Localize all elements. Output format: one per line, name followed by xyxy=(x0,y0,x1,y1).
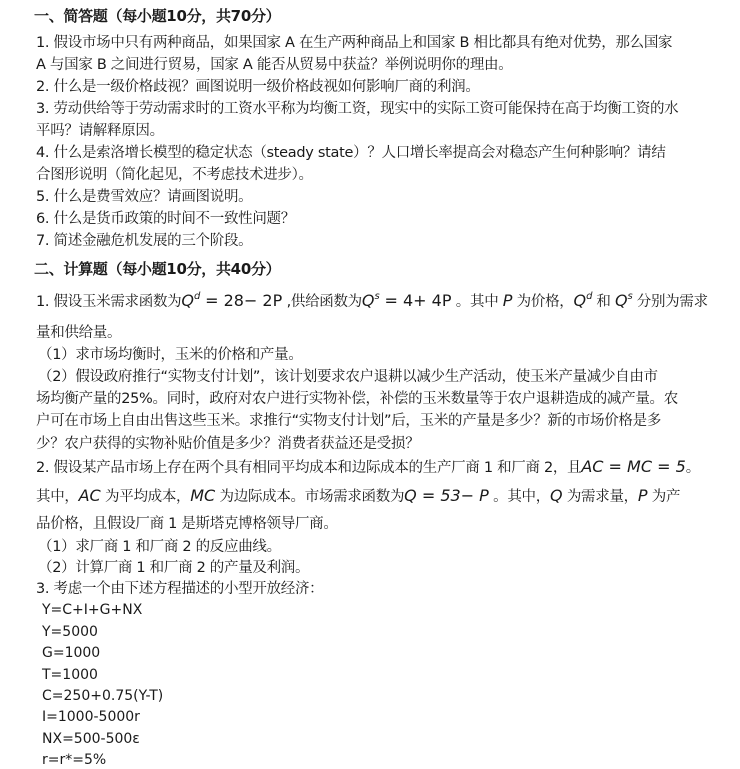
question-5: 5. 什么是费雪效应？请画图说明。 xyxy=(36,187,252,207)
question-4-line2: 合图形说明（简化起见，不考虑技术进步）。 xyxy=(36,165,313,185)
calc-question-1-line2: 量和供给量。 xyxy=(36,323,121,343)
calc-question-2-line3: 品价格，且假设厂商 1 是斯塔克博格领导厂商。 xyxy=(36,514,338,534)
equation-6: I=1000-5000r xyxy=(42,707,140,727)
calc-question-2-sub1: （1）求厂商 1 和厂商 2 的反应曲线。 xyxy=(38,537,281,557)
price-variable: P xyxy=(503,291,513,310)
calc-question-2-line2: 其中，AC 为平均成本，MC 为边际成本。市场需求函数为Q = 53− P 。其… xyxy=(36,486,680,507)
question-2: 2. 什么是一级价格歧视？画图说明一级价格歧视如何影响厂商的利润。 xyxy=(36,77,480,97)
equation-5: C=250+0.75(Y-T) xyxy=(42,686,163,706)
q2-l2-c: 为边际成本。市场需求函数为 xyxy=(215,489,404,505)
section2-heading: 二、计算题（每小题10分，共40分） xyxy=(34,259,280,279)
p-variable: P xyxy=(638,486,648,505)
q1-and: 和 xyxy=(592,294,615,310)
q1-tail3: 分别为需求 xyxy=(632,294,707,310)
question-4-line1: 4. 什么是索洛增长模型的稳定状态（steady state）？人口增长率提高会… xyxy=(36,143,666,163)
q1-tail2: 为价格， xyxy=(512,294,573,310)
question-6: 6. 什么是货币政策的时间不一致性问题？ xyxy=(36,209,295,229)
equation-8: r=r*=5% xyxy=(42,750,106,769)
calc-question-1-sub2-line2: 场均衡产量的25%。同时，政府对农户进行实物补偿，补偿的玉米数量等于农户退耕造成… xyxy=(36,389,678,409)
equation-2: Y=5000 xyxy=(42,622,98,642)
q2-l2-f: 为产 xyxy=(648,489,681,505)
calc-question-2-sub2: （2）计算厂商 1 和厂商 2 的产量及利润。 xyxy=(38,558,309,578)
market-demand-equation: Q = 53− P xyxy=(404,486,489,505)
cost-equation: AC = MC = 5 xyxy=(581,457,685,476)
q2-end: 。 xyxy=(686,460,700,476)
mc-variable: MC xyxy=(190,486,215,505)
calc-question-1-sub2-line1: （2）假设政府推行“实物支付计划”，该计划要求农户退耕以减少生产活动，使玉米产量… xyxy=(38,367,658,387)
question-3-line1: 3. 劳动供给等于劳动需求时的工资水平称为均衡工资，现实中的实际工资可能保持在高… xyxy=(36,99,678,119)
calc-question-1-sub2-line4: 少？农户获得的实物补贴价值是多少？消费者获益还是受损？ xyxy=(36,434,419,454)
ac-variable: AC xyxy=(79,486,101,505)
demand-function-rhs: = 28− 2P xyxy=(200,291,282,310)
calc-question-1-line1: 1. 假设玉米需求函数为Qd = 28− 2P ,供给函数为Qs = 4+ 4P… xyxy=(36,287,708,312)
calc-question-3-intro: 3. 考虑一个由下述方程描述的小型开放经济： xyxy=(36,579,323,599)
equation-1: Y=C+I+G+NX xyxy=(42,600,142,620)
q2-l2-d: 。其中， xyxy=(489,489,550,505)
calc-question-1-sub2-line3: 户可在市场上自由出售这些玉米。求推行“实物支付计划”后，玉米的产量是多少？新的市… xyxy=(36,411,661,431)
calc-question-1-sub1: （1）求市场均衡时，玉米的价格和产量。 xyxy=(38,345,303,365)
supply-function-q: Q xyxy=(362,291,375,310)
q1-prefix: 1. 假设玉米需求函数为 xyxy=(36,294,181,310)
q-variable: Q xyxy=(550,486,563,505)
question-1-line1: 1. 假设市场中只有两种商品，如果国家 A 在生产两种商品上和国家 B 相比都具… xyxy=(36,33,672,53)
equation-4: T=1000 xyxy=(42,665,98,685)
question-1-line2: A 与国家 B 之间进行贸易，国家 A 能否从贸易中获益？举例说明你的理由。 xyxy=(36,55,512,75)
q2-l2-a: 其中， xyxy=(36,489,79,505)
question-7: 7. 简述金融危机发展的三个阶段。 xyxy=(36,231,252,251)
demand-function-q: Q xyxy=(181,291,194,310)
q2-prefix: 2. 假设某产品市场上存在两个具有相同平均成本和边际成本的生产厂商 1 和厂商 … xyxy=(36,460,581,476)
qd-variable: Q xyxy=(573,291,586,310)
calc-question-2-line1: 2. 假设某产品市场上存在两个具有相同平均成本和边际成本的生产厂商 1 和厂商 … xyxy=(36,457,700,478)
q1-tail1: 。其中 xyxy=(451,294,502,310)
qs-variable: Q xyxy=(615,291,628,310)
exam-page: 一、简答题（每小题10分，共70分） 1. 假设市场中只有两种商品，如果国家 A… xyxy=(0,0,740,769)
section1-heading: 一、简答题（每小题10分，共70分） xyxy=(34,6,280,26)
equation-3: G=1000 xyxy=(42,643,100,663)
question-3-line2: 平吗？请解释原因。 xyxy=(36,121,164,141)
equation-7: NX=500-500ε xyxy=(42,729,140,749)
q1-mid: ,供给函数为 xyxy=(282,294,362,310)
supply-function-rhs: = 4+ 4P xyxy=(379,291,451,310)
q2-l2-b: 为平均成本， xyxy=(101,489,191,505)
q2-l2-e: 为需求量， xyxy=(563,489,638,505)
